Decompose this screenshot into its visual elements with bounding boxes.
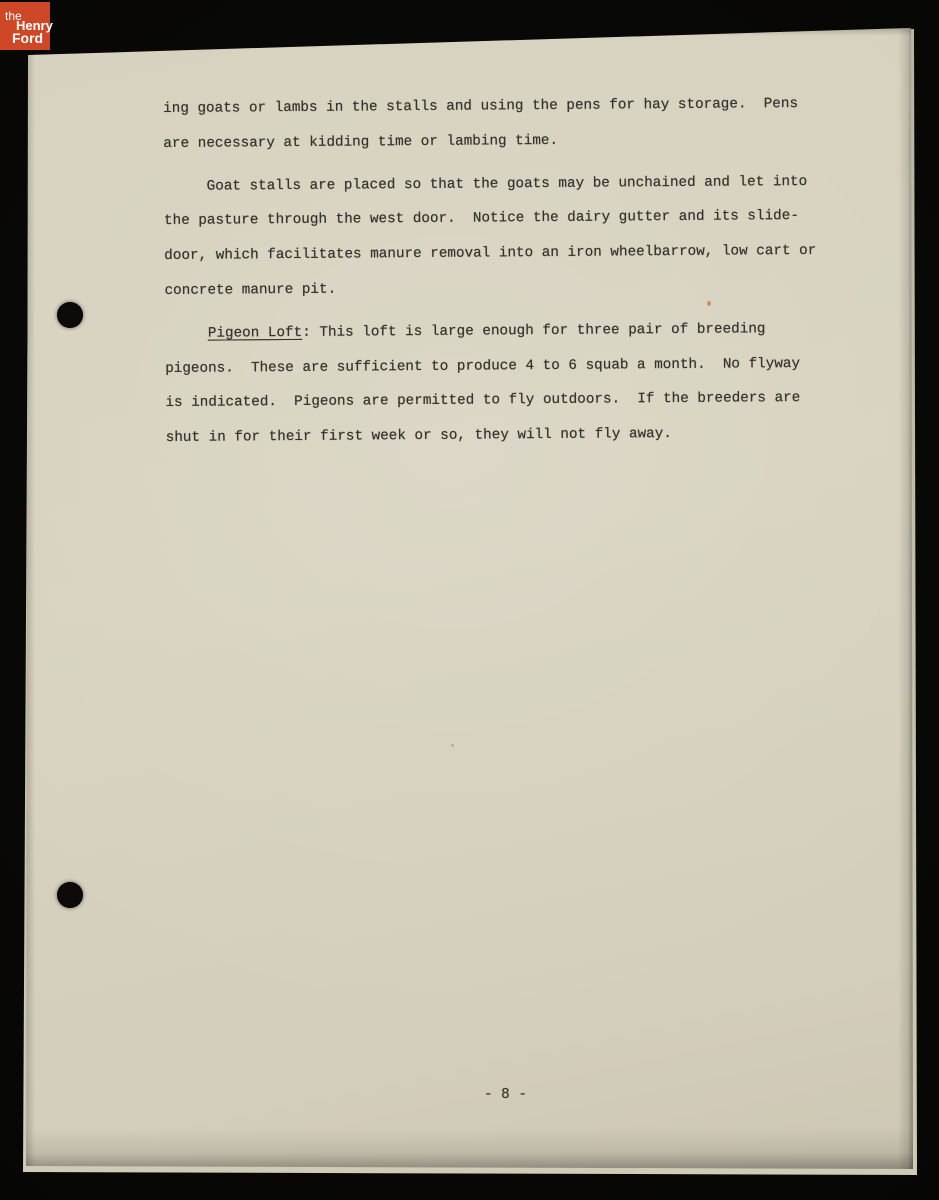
paper-speck bbox=[451, 744, 454, 747]
punch-hole-top bbox=[57, 302, 83, 328]
text-line: is indicated. Pigeons are permitted to f… bbox=[165, 381, 845, 421]
text-line-heading: Pigeon Loft: This loft is large enough f… bbox=[165, 311, 845, 351]
text-line: shut in for their first week or so, they… bbox=[166, 416, 846, 456]
page-number: - 8 - bbox=[484, 1087, 527, 1103]
text-line: Goat stalls are placed so that the goats… bbox=[164, 164, 844, 204]
paper-edge-shadow-top bbox=[26, 26, 913, 36]
text-line: are necessary at kidding time or lambing… bbox=[163, 121, 843, 161]
paper-edge-shadow-left bbox=[26, 28, 35, 1169]
henry-ford-logo: the Henry Ford bbox=[0, 2, 50, 50]
text-line: concrete manure pit. bbox=[164, 269, 844, 309]
paragraph-goat-stalls: Goat stalls are placed so that the goats… bbox=[164, 164, 845, 309]
section-heading: Pigeon Loft bbox=[208, 325, 302, 342]
text-line: pigeons. These are sufficient to produce… bbox=[165, 346, 845, 386]
punch-hole-bottom bbox=[57, 882, 83, 908]
logo-word-ford: Ford bbox=[12, 31, 43, 45]
heading-rest: : This loft is large enough for three pa… bbox=[302, 321, 765, 341]
paragraph-pigeon-loft: Pigeon Loft: This loft is large enough f… bbox=[165, 311, 846, 456]
paragraph-pens: ing goats or lambs in the stalls and usi… bbox=[163, 87, 844, 162]
paper-edge-shadow-right bbox=[898, 28, 913, 1169]
text-line: the pasture through the west door. Notic… bbox=[164, 199, 844, 239]
typewritten-text: ing goats or lambs in the stalls and usi… bbox=[163, 87, 846, 456]
indent bbox=[165, 325, 208, 341]
photo-background: ing goats or lambs in the stalls and usi… bbox=[0, 0, 939, 1200]
text-line: ing goats or lambs in the stalls and usi… bbox=[163, 87, 843, 127]
text-line: door, which facilitates manure removal i… bbox=[164, 234, 844, 274]
paper-edge-shadow-bottom bbox=[26, 1128, 913, 1169]
